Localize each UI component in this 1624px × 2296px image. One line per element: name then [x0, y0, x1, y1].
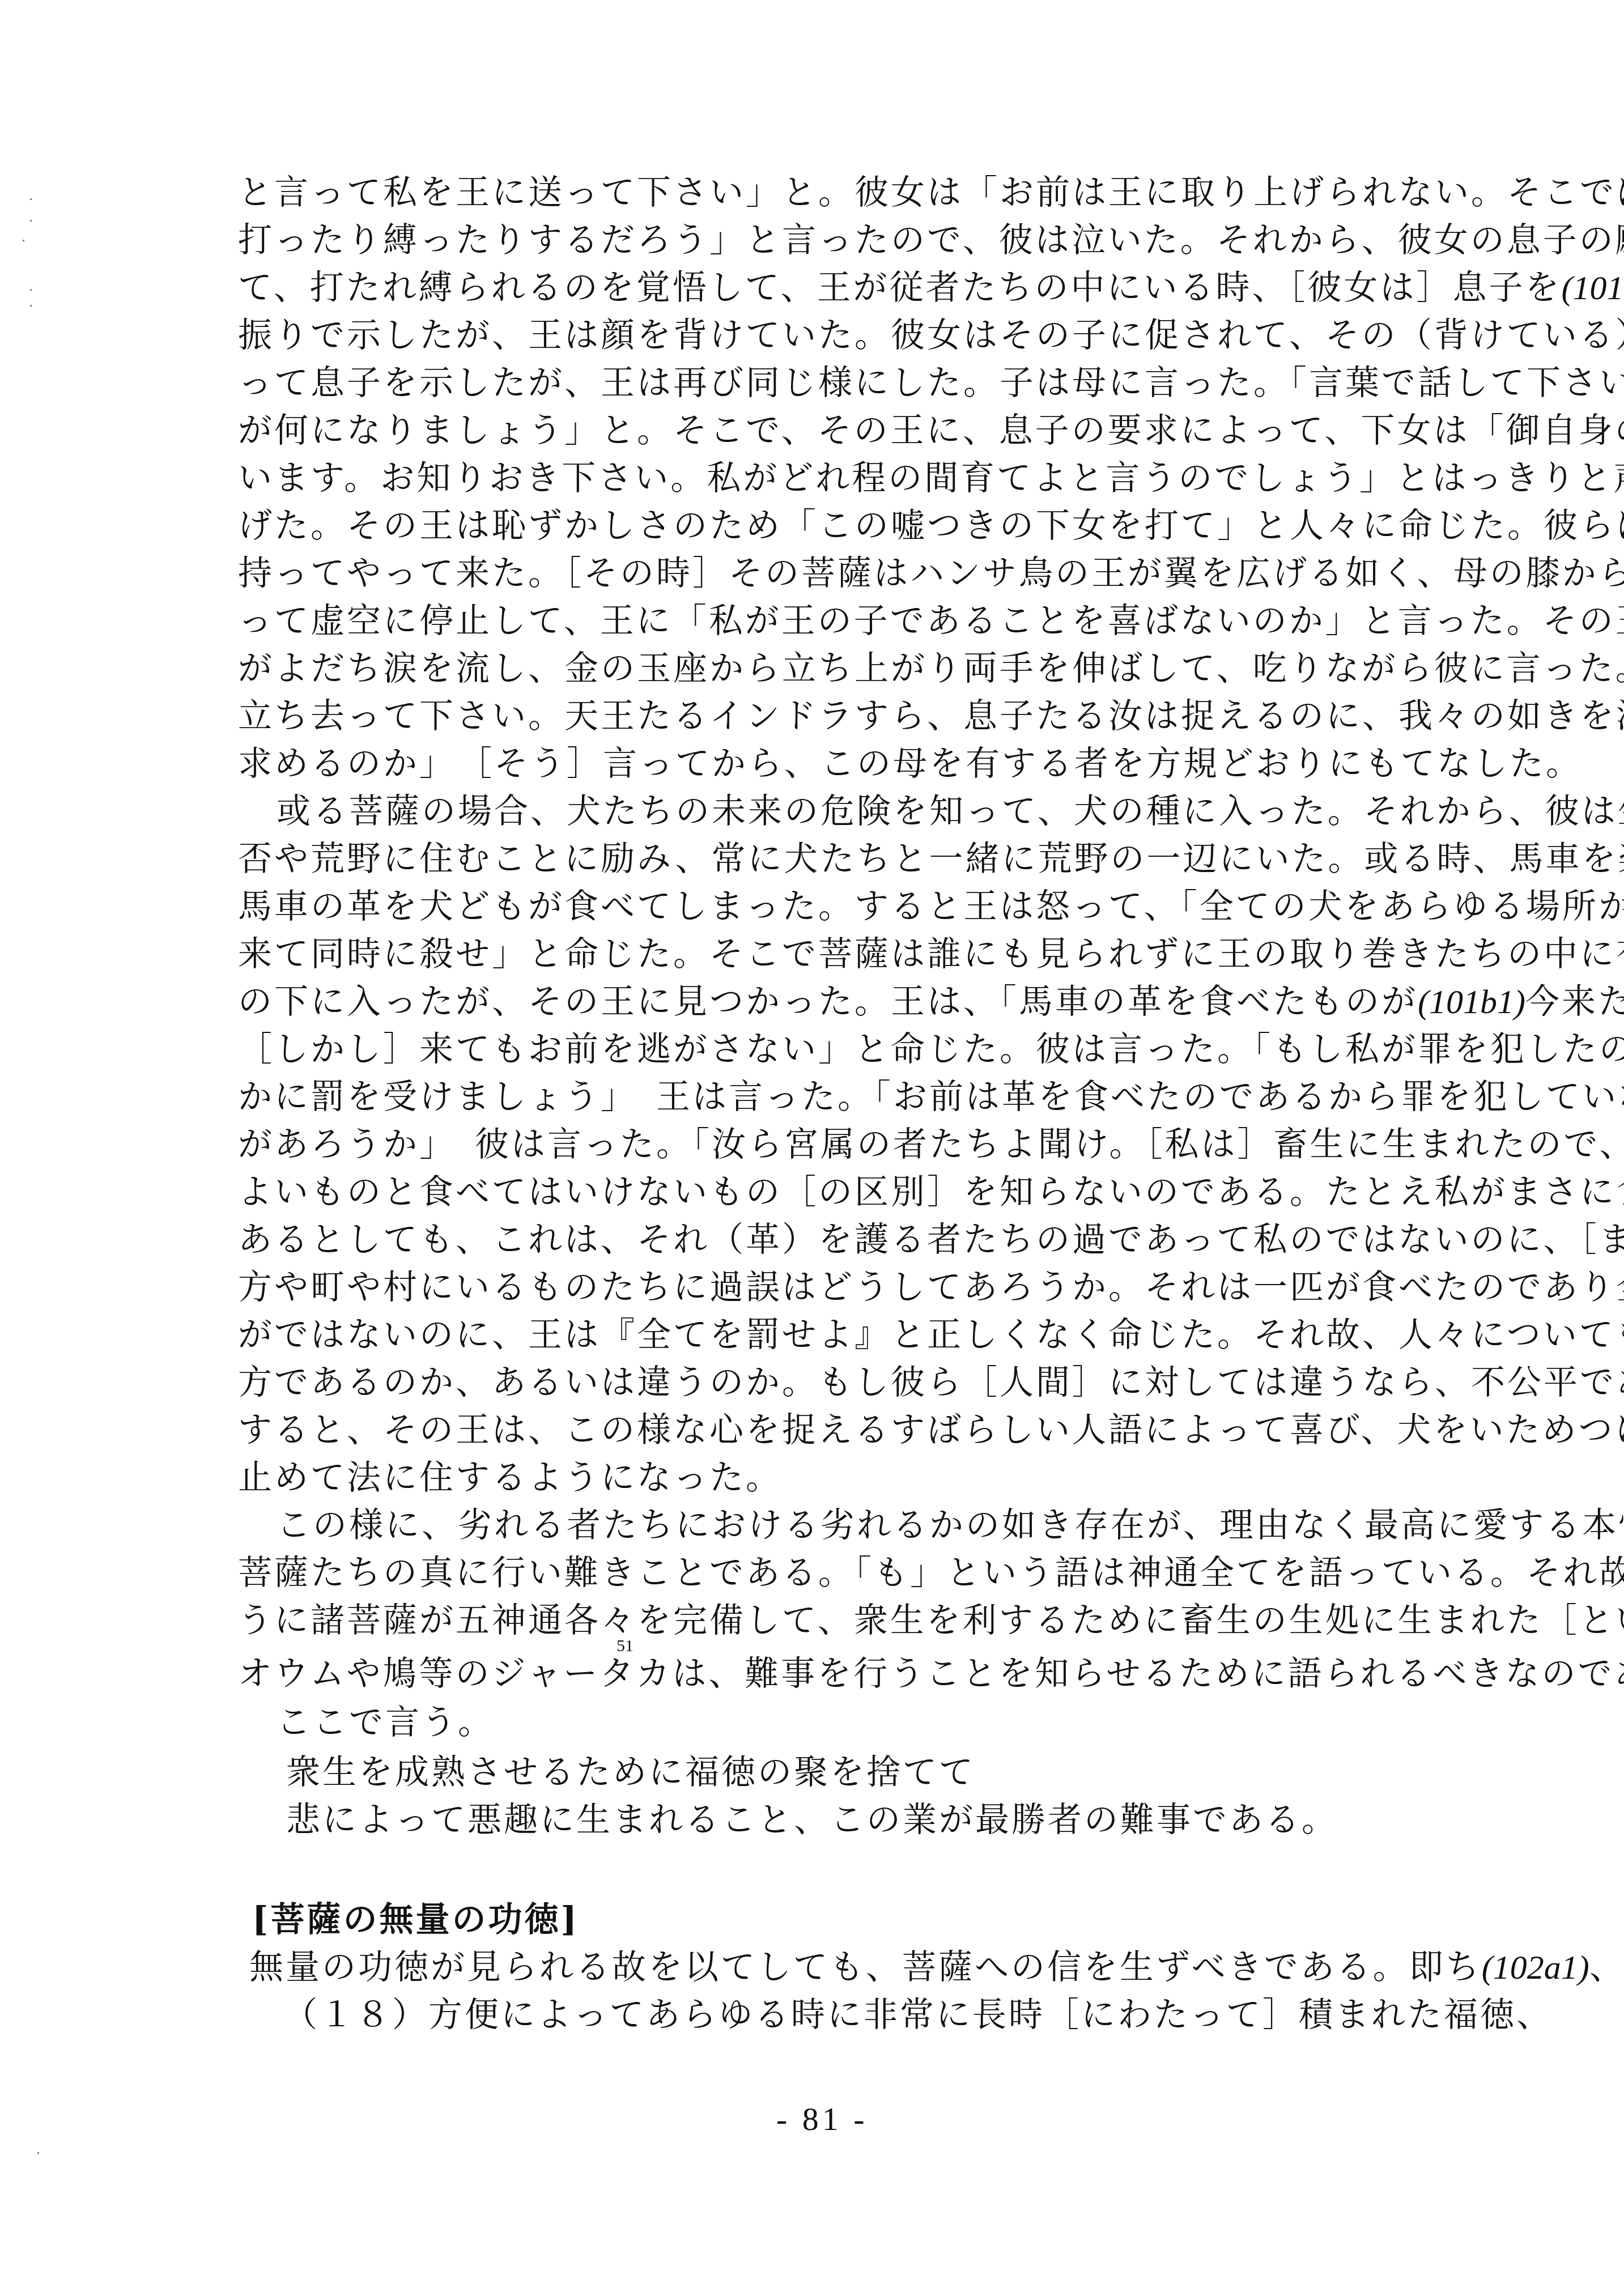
body-text: て、打たれ縛られるのを覚悟して、王が従者たちの中にいる時、［彼女は］息子を	[238, 268, 1562, 308]
body-text: 、	[1589, 1948, 1624, 1987]
body-text: 無量の功徳が見られる故を以てしても、菩薩への信を生ずべきである。即ち	[249, 1948, 1482, 1987]
section-intro: 無量の功徳が見られる故を以てしても、菩薩への信を生ずべきである。即ち(102a1…	[249, 1944, 1417, 1991]
body-line: 来て同時に殺せ」と命じた。そこで菩薩は誰にも見られずに王の取り巻きたちの中に有る…	[238, 930, 1405, 978]
body-line: 持ってやって来た。［その時］その菩薩はハンサ鳥の王が翼を広げる如く、母の膝から飛…	[238, 550, 1405, 597]
scan-speck	[37, 2152, 39, 2154]
body-line: が何になりましょう」と。そこで、その王に、息子の要求によって、下女は「御自身の子…	[238, 407, 1405, 454]
body-line: があろうか」 彼は言った。「汝ら宮属の者たちよ聞け。［私は］畜生に生まれたので、…	[238, 1121, 1405, 1168]
paragraph-start-line: この様に、劣れる者たちにおける劣れるかの如き存在が、理由なく最高に愛する本性を有…	[277, 1502, 1444, 1549]
body-line: すると、その王は、この様な心を捉えるすばらしい人語によって喜び、犬をいためつける…	[238, 1406, 1405, 1454]
body-line: 馬車の革を犬どもが食べてしまった。すると王は怒って、「全ての犬をあらゆる場所から…	[238, 883, 1405, 930]
numbered-item: （１８）方便によってあらゆる時に非常に長時［にわたって］積まれた福徳、	[283, 1991, 1451, 2039]
body-line: 求めるのか」 ［そう］言ってから、この母を有する者を方規どおりにもてなした。	[238, 740, 1405, 788]
body-line: ここで言う。	[277, 1699, 1444, 1746]
body-line: 菩薩たちの真に行い難きことである。「も」という語は神通全てを語っている。それ故、…	[238, 1549, 1405, 1597]
body-line: オウムや鳩等のジャータカは、難事を行うことを知らせるために語られるべきなのである…	[238, 1650, 1405, 1698]
body-line: 否や荒野に住むことに励み、常に犬たちと一緒に荒野の一辺にいた。或る時、馬車を楽し…	[238, 835, 1405, 883]
scan-speck	[23, 240, 24, 241]
page-number: - 81 -	[776, 2097, 868, 2142]
body-line: 立ち去って下さい。天王たるインドラすら、息子たる汝は捉えるのに、我々の如きを況ん…	[238, 692, 1405, 740]
body-line: と言って私を王に送って下さい」と。彼女は「お前は王に取り上げられない。そこでは私…	[238, 169, 1405, 216]
body-line: がよだち涙を流し、金の玉座から立ち上がり両手を伸ばして、吃りながら彼に言った。「…	[238, 645, 1405, 692]
scan-speck	[30, 289, 32, 291]
verse-line: 衆生を成熟させるために福徳の聚を捨てて	[286, 1749, 1453, 1796]
folio-reference: (102a1)	[1482, 1949, 1589, 1986]
body-line: ［しかし］来てもお前を逃がさない」と命じた。彼は言った。「もし私が罪を犯したのな…	[238, 1026, 1405, 1073]
section-heading: [菩薩の無量の功徳]	[252, 1896, 1419, 1944]
body-line: います。お知りおき下さい。私がどれ程の間育てよと言うのでしょう」とはっきりと声で…	[238, 454, 1405, 502]
body-line: って息子を示したが、王は再び同じ様にした。子は母に言った。「言葉で話して下さい。…	[238, 359, 1405, 407]
scan-speck	[30, 198, 32, 200]
body-line: あるとしても、これは、それ（革）を護る者たちの過であって私のではないのに、［まし…	[238, 1216, 1405, 1264]
folio-reference: (101a1)	[1562, 269, 1624, 307]
body-line: かに罰を受けましょう」 王は言った。「お前は革を食べたのであるから罪を犯していな…	[238, 1073, 1405, 1121]
verse-line: 悲によって悪趣に生まれること、この業が最勝者の難事である。	[286, 1796, 1453, 1844]
body-line: 振りで示したが、王は顔を背けていた。彼女はその子に促されて、その（背けている）方…	[238, 312, 1405, 359]
body-line: よいものと食べてはいけないもの［の区別］を知らないのである。たとえ私がまさに食べ…	[238, 1168, 1405, 1216]
body-line: 方や町や村にいるものたちに過誤はどうしてあろうか。それは一匹が食べたのであり全て…	[238, 1264, 1405, 1311]
body-line: 打ったり縛ったりするだろう」と言ったので、彼は泣いた。それから、彼女の息子の願い…	[238, 216, 1405, 264]
scan-speck	[30, 220, 32, 222]
scan-speck	[30, 305, 32, 307]
body-text: の下に入ったが、その王に見つかった。王は、「馬車の革を食べたものが	[238, 982, 1418, 1022]
body-line: げた。その王は恥ずかしさのため「この嘘つきの下女を打て」と人々に命じた。彼らは手…	[238, 502, 1405, 550]
folio-reference: (101b1)	[1418, 983, 1525, 1021]
body-line: 止めて法に住するようになった。	[238, 1454, 1405, 1502]
body-line: がではないのに、王は『全てを罰せよ』と正しくなく命じた。それ故、人々についてもこ…	[238, 1311, 1405, 1359]
paragraph-start-line: 或る菩薩の場合、犬たちの未来の危険を知って、犬の種に入った。それから、彼は生まれ…	[277, 788, 1444, 835]
body-line: て、打たれ縛られるのを覚悟して、王が従者たちの中にいる時、［彼女は］息子を(10…	[238, 264, 1405, 312]
body-line: 方であるのか、あるいは違うのか。もし彼ら［人間］に対しては違うなら、不公平であろ…	[238, 1359, 1405, 1406]
body-line: って虚空に停止して、王に「私が王の子であることを喜ばないのか」と言った。その王は…	[238, 597, 1405, 645]
body-line: うに諸菩薩が五神通各々を完備して、衆生を利するために畜生の生処に生まれた［という…	[238, 1597, 1405, 1644]
body-text: 今来たが、	[1525, 982, 1624, 1022]
body-line: の下に入ったが、その王に見つかった。王は、「馬車の革を食べたものが(101b1)…	[238, 978, 1405, 1026]
document-page: と言って私を王に送って下さい」と。彼女は「お前は王に取り上げられない。そこでは私…	[0, 0, 1624, 2296]
